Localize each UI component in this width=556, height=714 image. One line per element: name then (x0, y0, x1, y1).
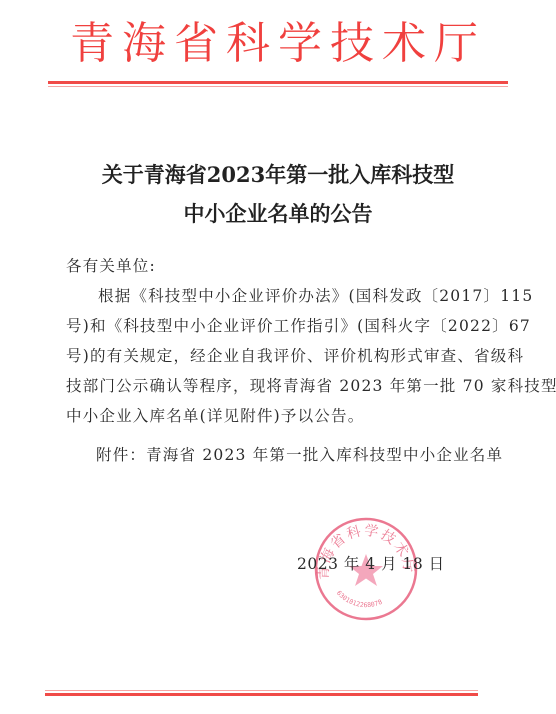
salutation: 各有关单位: (66, 259, 156, 275)
footer-rule-thick (45, 693, 478, 696)
header-rule-thick (48, 81, 508, 84)
body-line-3: 号)的有关规定，经企业自我评价、评价机构形式审查、省级科 (66, 349, 524, 365)
seal-code: 6301012268078 (335, 589, 384, 609)
attachment-line: 附件：青海省 2023 年第一批入库科技型中小企业名单 (96, 448, 503, 464)
issue-date: 2023 年 4 月 18 日 (297, 557, 445, 573)
svg-text:6301012268078: 6301012268078 (335, 589, 384, 609)
body-line-1: 根据《科技型中小企业评价办法》(国科发政〔2017〕115 (98, 289, 533, 305)
body-line-2: 号)和《科技型中小企业评价工作指引》(国科火字〔2022〕67 (66, 319, 531, 335)
body-line-5: 中小企业入库名单(详见附件)予以公告。 (66, 409, 364, 425)
footer-rule-thin (45, 690, 478, 691)
body-line-4: 技部门公示确认等程序，现将青海省 2023 年第一批 70 家科技型 (66, 379, 556, 395)
masthead-title: 青海省科学技术厅 (0, 22, 556, 66)
document-title-line-2: 中小企业名单的公告 (0, 203, 556, 224)
header-rule-thin (48, 86, 508, 87)
document-title-line-1: 关于青海省2023年第一批入库科技型 (0, 164, 556, 185)
